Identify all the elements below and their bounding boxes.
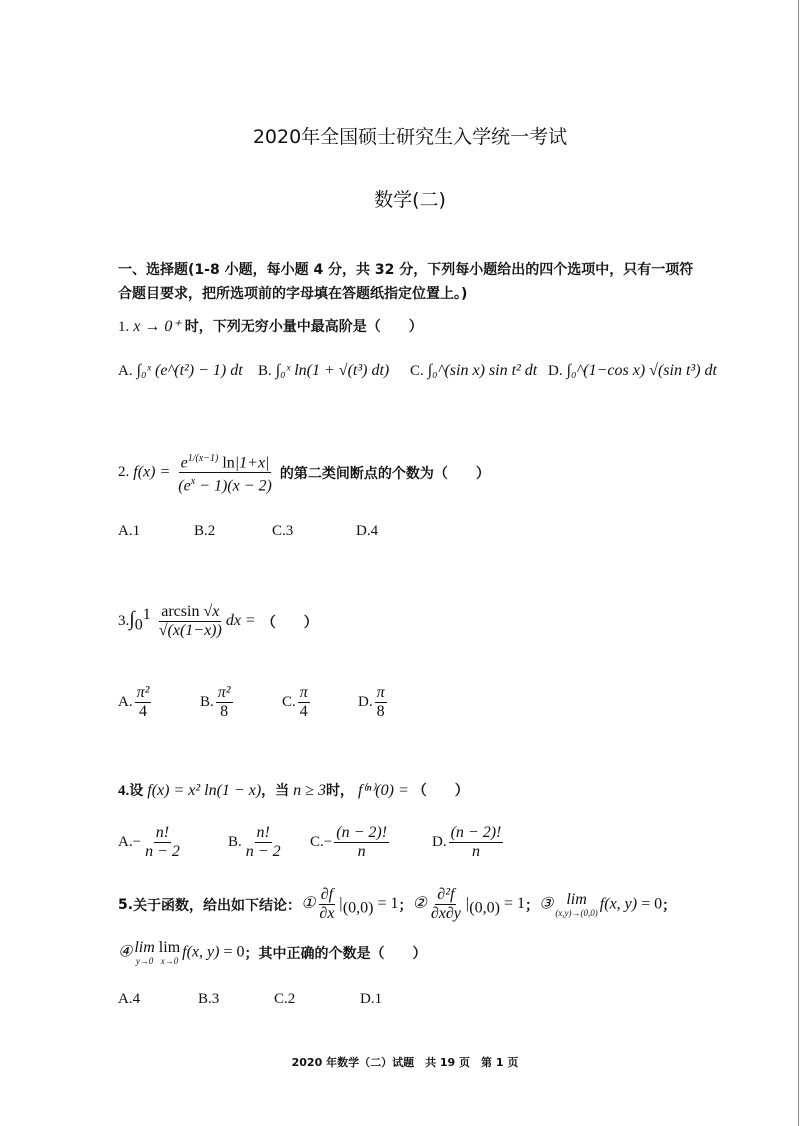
option-label: A. [118,363,133,379]
section-instructions-line1: 一、选择题(1-8 小题，每小题 4 分，共 32 分，下列每小题给出的四个选项… [118,258,693,282]
question-3-option-c[interactable]: C.π4 [282,684,312,721]
option-label: B. [258,363,272,379]
conclusion-3: ③lim(x,y)→(0,0)f(x, y) = 0 [539,892,662,918]
question-2-options: A.1 B.2 C.3 D.4 [118,523,518,545]
question-5: 5.关于函数，给出如下结论： ①∂f∂x|(0,0) = 1； ②∂²f∂x∂y… [118,886,676,923]
option-label: D. [548,363,563,379]
page-edge-border [798,0,799,1126]
exam-subject: 数学(二) [0,185,800,212]
question-2-option-c[interactable]: C.3 [272,523,293,540]
question-stem-math: f(x) = e1/(x−1) ln|1+x| (ex − 1)(x − 2) [133,450,276,496]
question-5-option-c[interactable]: C.2 [274,991,295,1008]
question-4-option-d[interactable]: D.(n − 2)!n [432,824,505,861]
conclusion-4: ④limy→0limx→0f(x, y) = 0 [118,940,244,966]
question-1-option-b[interactable]: B. ∫₀ˣ ln(1 + √(t³) dt) [258,362,389,380]
stem-text-pre: 关于函数，给出如下结论： [133,895,301,915]
question-1-option-a[interactable]: A. ∫₀ˣ (e^(t²) − 1) dt [118,362,243,380]
question-number: 1. [118,319,129,335]
question-2-option-a[interactable]: A.1 [118,523,140,540]
question-stem-text: ；其中正确的个数是（ ） [244,943,426,963]
question-stem-text: 的第二类间断点的个数为（ ） [280,463,490,483]
question-5-option-b[interactable]: B.3 [198,991,219,1008]
question-3: 3. ∫01 arcsin √x √(x(1−x)) dx = （ ） [118,603,318,640]
stem-math-condition: n ≥ 3 [293,782,326,799]
stem-text-mid: ，当 [261,783,289,799]
question-stem-text: （ ） [413,783,469,799]
question-5-option-a[interactable]: A.4 [118,991,140,1008]
section-instructions: 一、选择题(1-8 小题，每小题 4 分，共 32 分，下列每小题给出的四个选项… [118,258,693,306]
option-expression: ∫₀^(1−cos x) √(sin t³) dt [567,362,717,379]
question-stem-math: f(x) = x² ln(1 − x) [147,782,261,799]
option-expression: ∫₀^(sin x) sin t² dt [428,362,537,379]
fraction: arcsin √x √(x(1−x)) [157,603,224,640]
question-3-option-d[interactable]: D.π8 [358,684,389,721]
question-number: 2. [118,464,129,481]
question-1: 1. x → 0⁺ 时，下列无穷小量中最高阶是（ ） [118,316,423,336]
stem-text-mid2: 时， [326,783,354,799]
fraction: e1/(x−1) ln|1+x| (ex − 1)(x − 2) [176,450,274,496]
conclusion-2: ②∂²f∂x∂y|(0,0) = 1 [413,886,525,923]
section-instructions-line2: 合题目要求，把所选项前的字母填在答题纸指定位置上。) [118,282,693,306]
option-expression: ∫₀ˣ (e^(t²) − 1) dt [137,362,243,379]
question-5-option-d[interactable]: D.1 [360,991,382,1008]
question-stem-math: x → 0⁺ [133,318,181,335]
conclusion-1: ①∂f∂x|(0,0) = 1 [301,886,398,923]
question-number: 4. [118,783,129,799]
stem-math-derivative: f⁽ⁿ⁾(0) = [358,782,409,799]
stem-text-pre: 设 [129,783,143,799]
option-expression: ∫₀ˣ ln(1 + √(t³) dt) [276,362,389,379]
question-4-option-b[interactable]: B.n!n − 2 [228,824,285,861]
question-2: 2. f(x) = e1/(x−1) ln|1+x| (ex − 1)(x − … [118,450,490,496]
question-3-options: A.π²4 B.π²8 C.π4 D.π8 [118,672,518,722]
question-3-option-a[interactable]: A.π²4 [118,684,153,721]
question-5-line2: ④limy→0limx→0f(x, y) = 0 ；其中正确的个数是（ ） [118,940,426,966]
question-stem-text: （ ） [262,612,318,632]
question-2-option-d[interactable]: D.4 [356,523,378,540]
question-4-option-c[interactable]: C.−(n − 2)!n [310,824,391,861]
question-stem-math: ∫01 arcsin √x √(x(1−x)) dx = [129,603,255,640]
option-label: C. [410,363,424,379]
question-number: 3. [118,613,129,630]
question-stem-text: 时，下列无穷小量中最高阶是（ ） [185,319,423,335]
question-2-option-b[interactable]: B.2 [194,523,215,540]
question-4-option-a[interactable]: A.−n!n − 2 [118,824,184,861]
question-5-options: A.4 B.3 C.2 D.1 [118,991,518,1013]
question-1-option-c[interactable]: C. ∫₀^(sin x) sin t² dt [410,362,537,380]
question-4: 4.设 f(x) = x² ln(1 − x)，当 n ≥ 3时， f⁽ⁿ⁾(0… [118,780,469,800]
question-number: 5. [118,897,133,913]
page-footer: 2020 年数学（二）试题 共 19 页 第 1 页 [0,1054,800,1070]
question-3-option-b[interactable]: B.π²8 [200,684,235,721]
question-1-option-d[interactable]: D. ∫₀^(1−cos x) √(sin t³) dt [548,362,717,380]
question-4-options: A.−n!n − 2 B.n!n − 2 C.−(n − 2)!n D.(n −… [118,822,538,866]
exam-title: 2020年全国硕士研究生入学统一考试 [0,122,800,149]
